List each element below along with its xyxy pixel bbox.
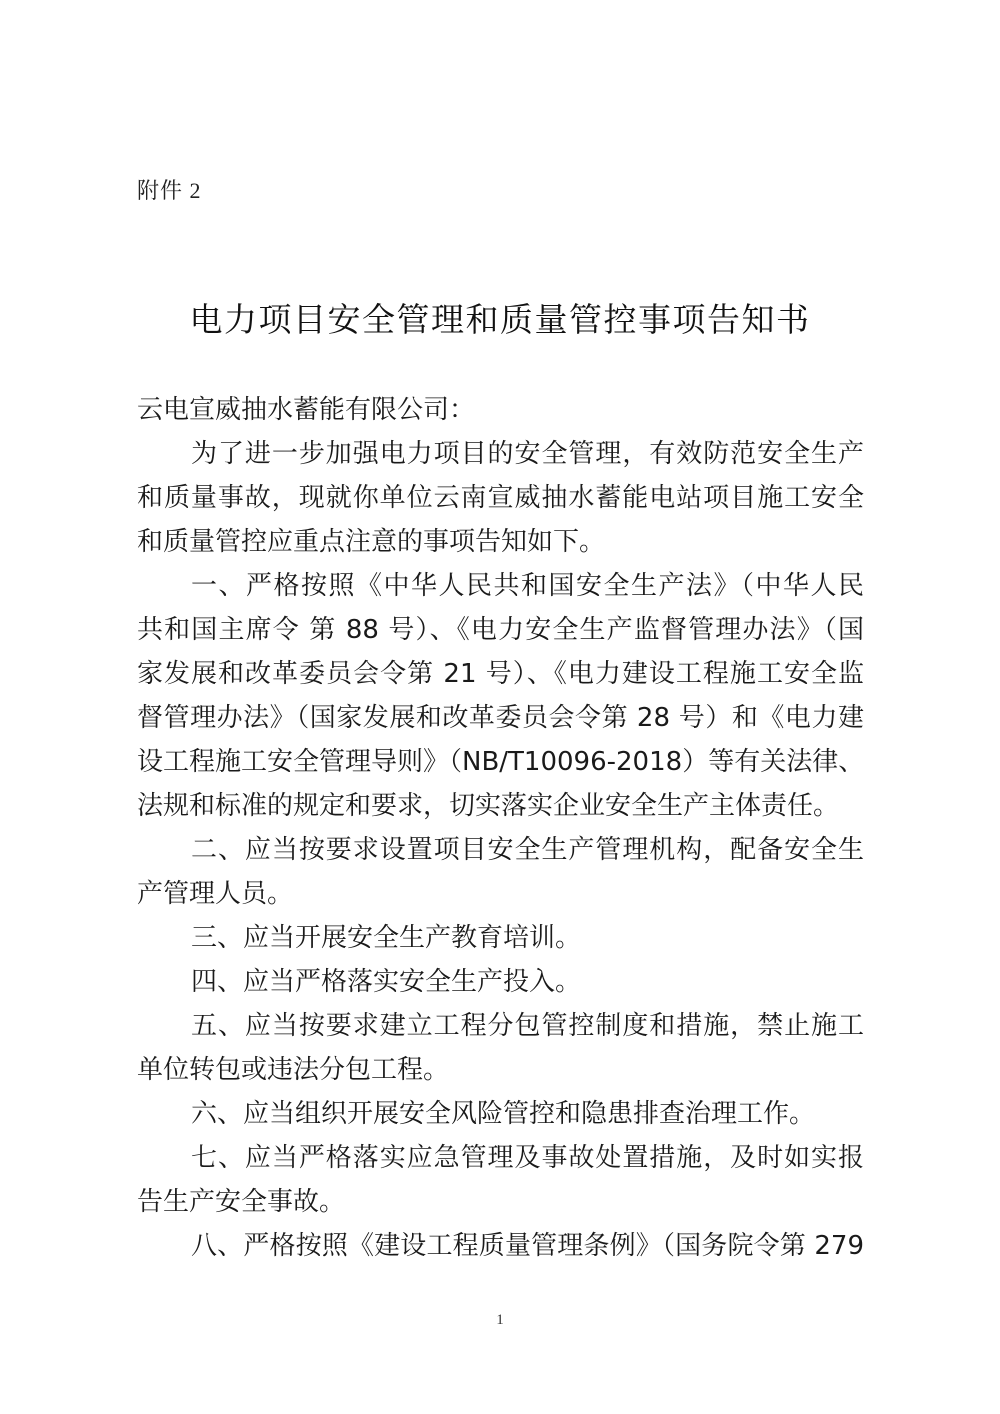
document-title: 电力项目安全管理和质量管控事项告知书 (0, 296, 1000, 344)
clause-1-line: 设工程施工安全管理导则》（NB/T10096-2018）等有关法律、 (137, 740, 864, 784)
clause-1-line: 一、严格按照《中华人民共和国安全生产法》（中华人民 (137, 564, 864, 608)
clause-3-line: 三、应当开展安全生产教育培训。 (137, 916, 864, 960)
clause-1-line: 法规和标准的规定和要求，切实落实企业安全生产主体责任。 (137, 784, 864, 828)
clause-2-line: 二、应当按要求设置项目安全生产管理机构，配备安全生 (137, 828, 864, 872)
clause-8-line: 八、严格按照《建设工程质量管理条例》（国务院令第 279 (137, 1224, 864, 1268)
clause-1-line: 家发展和改革委员会令第 21 号）、《电力建设工程施工安全监 (137, 652, 864, 696)
clause-7-line: 告生产安全事故。 (137, 1180, 864, 1224)
document-body: 云电宣威抽水蓄能有限公司： 为了进一步加强电力项目的安全管理，有效防范安全生产 … (137, 388, 864, 1268)
clause-5-line: 五、应当按要求建立工程分包管控制度和措施，禁止施工 (137, 1004, 864, 1048)
clause-1-line: 共和国主席令 第 88 号）、《电力安全生产监督管理办法》（国 (137, 608, 864, 652)
page-number: 1 (0, 1312, 1000, 1329)
clause-7-line: 七、应当严格落实应急管理及事故处置措施，及时如实报 (137, 1136, 864, 1180)
clause-2-line: 产管理人员。 (137, 872, 864, 916)
addressee-line: 云电宣威抽水蓄能有限公司： (137, 388, 864, 432)
document-page: 附件 2 电力项目安全管理和质量管控事项告知书 云电宣威抽水蓄能有限公司： 为了… (0, 0, 1000, 1414)
body-line: 和质量事故，现就你单位云南宣威抽水蓄能电站项目施工安全 (137, 476, 864, 520)
clause-6-line: 六、应当组织开展安全风险管控和隐患排查治理工作。 (137, 1092, 864, 1136)
clause-5-line: 单位转包或违法分包工程。 (137, 1048, 864, 1092)
clause-1-line: 督管理办法》（国家发展和改革委员会令第 28 号）和《电力建 (137, 696, 864, 740)
clause-4-line: 四、应当严格落实安全生产投入。 (137, 960, 864, 1004)
body-line: 为了进一步加强电力项目的安全管理，有效防范安全生产 (137, 432, 864, 476)
attachment-label: 附件 2 (137, 176, 202, 206)
body-line: 和质量管控应重点注意的事项告知如下。 (137, 520, 864, 564)
